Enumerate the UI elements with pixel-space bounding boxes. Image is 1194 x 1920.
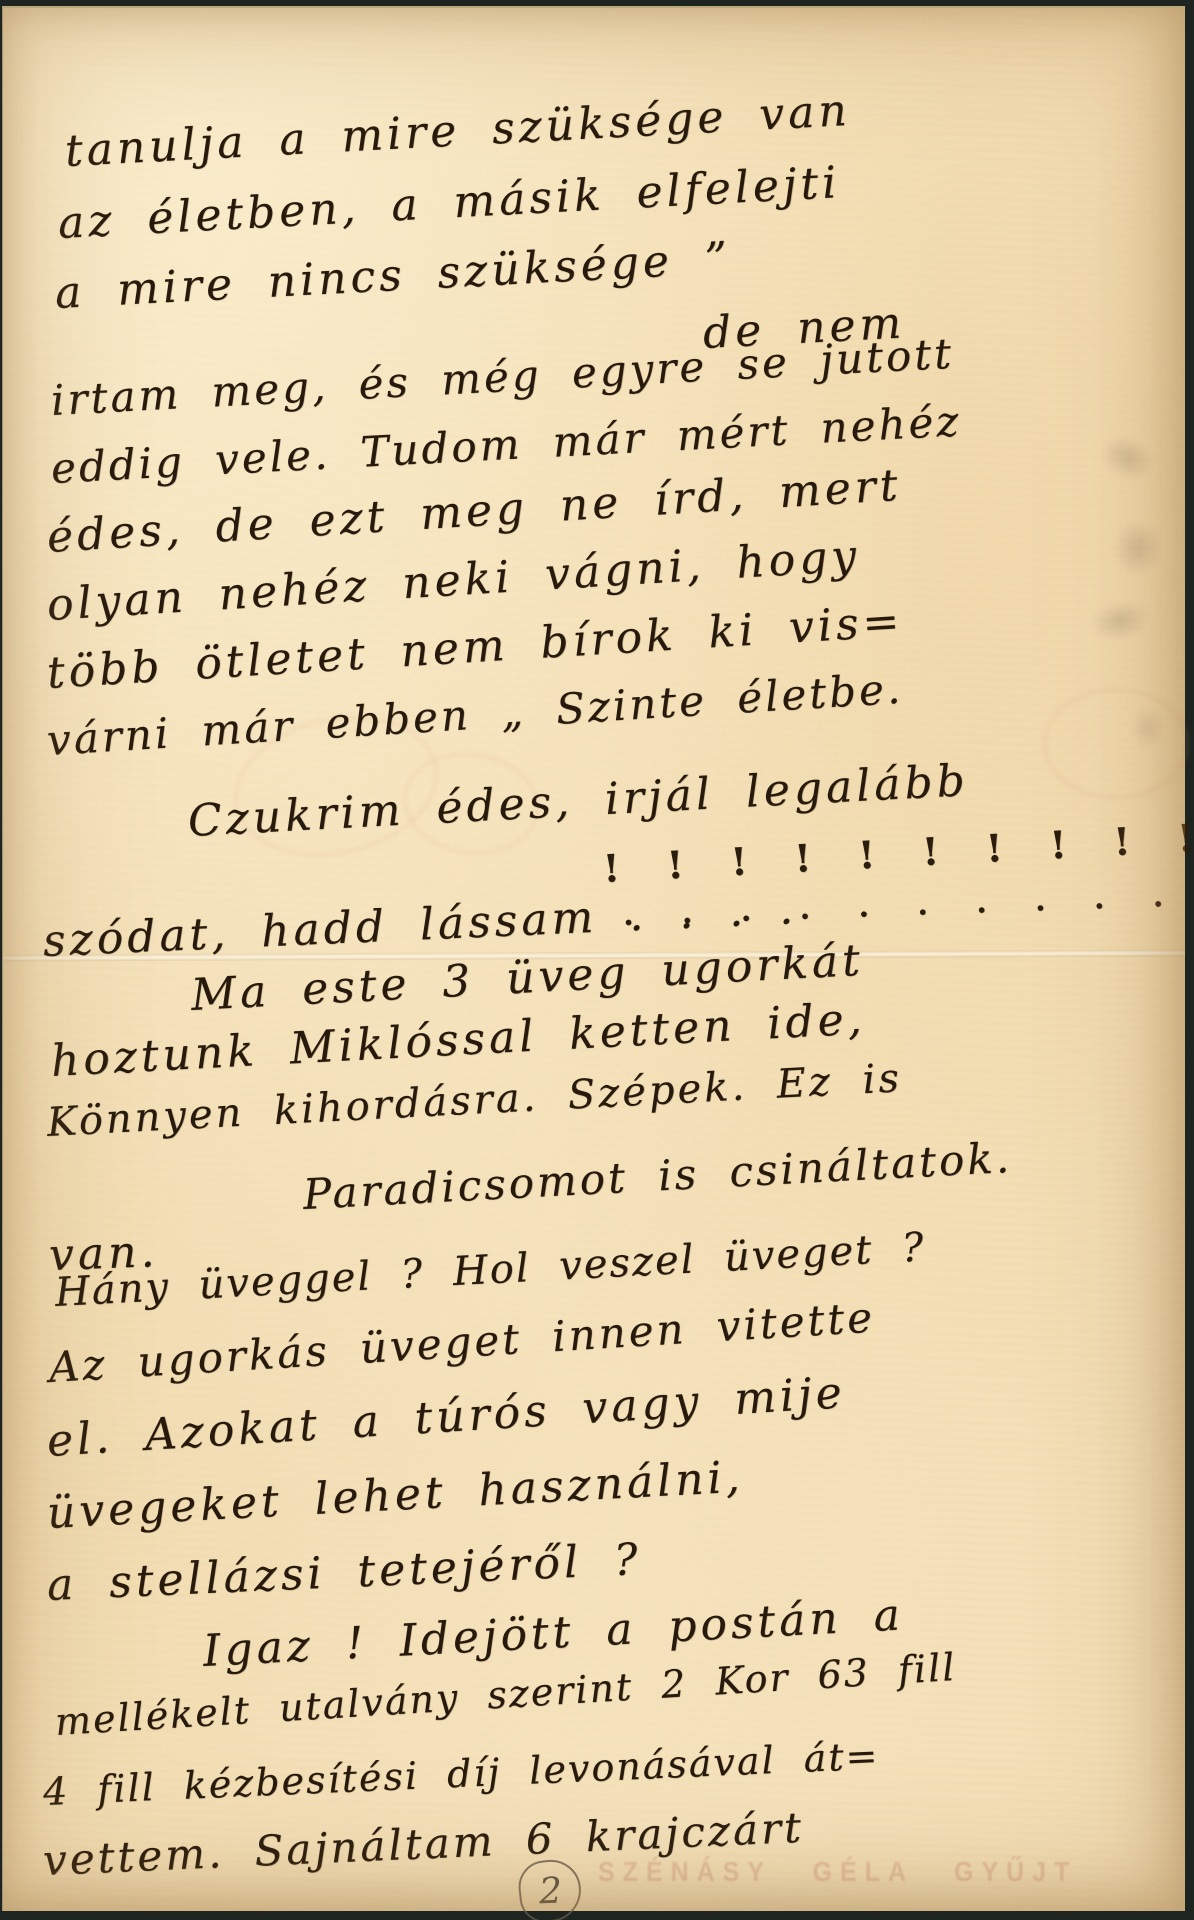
letter-line: a stellázsi tetejéről ?: [46, 1534, 643, 1611]
letter-line: a mire nincs szüksége ”: [54, 233, 733, 319]
ink-ghost-smudge: [1123, 698, 1173, 758]
ink-ghost-smudge: [1103, 508, 1173, 588]
letter-line: üvegeket lehet használni,: [46, 1452, 745, 1539]
letter-line: 4 fill kézbesítési díj levonásával át=: [42, 1734, 880, 1814]
scanned-letter-page: tanulja a mire szüksége vanaz életben, a…: [0, 0, 1194, 1920]
page-number-badge: 2: [516, 1857, 584, 1920]
ink-ghost-smudge: [1074, 586, 1167, 655]
ink-ghost-smudge: [1079, 414, 1177, 502]
letter-line: Paradicsomot is csináltatok.: [302, 1133, 1013, 1219]
collection-stamp: SZÉNÁSY GÉLA GYŰJT: [598, 1856, 1118, 1888]
letter-paper: tanulja a mire szüksége vanaz életben, a…: [2, 6, 1185, 1911]
page-number: 2: [538, 1870, 562, 1912]
